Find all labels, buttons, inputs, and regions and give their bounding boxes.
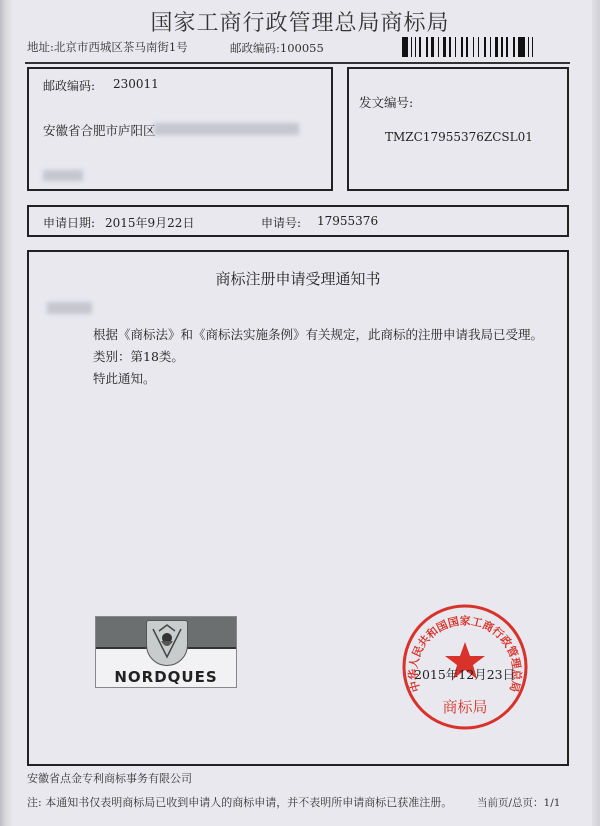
application-number-label: 申请号:: [261, 214, 301, 231]
redacted-address: [154, 123, 299, 135]
shield-emblem-icon: [146, 620, 188, 666]
document-number-box: 发文编号: TMZC17955376ZCSL01: [347, 67, 569, 191]
barcode-icon: [402, 37, 570, 57]
page-indicator: 当前页/总页：1/1: [477, 795, 560, 810]
application-date-value: 2015年9月22日: [105, 214, 194, 231]
header-rule: [25, 62, 570, 64]
document-number-label: 发文编号:: [359, 93, 413, 111]
redacted-addressee: [47, 302, 92, 314]
notice-title: 商标注册申请受理通知书: [29, 268, 567, 289]
application-number-value: 17955376: [317, 214, 378, 228]
recipient-zip-value: 230011: [113, 77, 159, 91]
document-number-value: TMZC17955376ZCSL01: [385, 130, 533, 144]
trademark-word: NORDQUES: [96, 668, 236, 686]
issue-date: 2015年12月23日: [414, 665, 515, 683]
redacted-recipient-name: [43, 170, 83, 181]
trademark-image: NORDQUES: [95, 616, 237, 688]
recipient-address: 安徽省合肥市庐阳区: [43, 121, 156, 139]
recipient-zip-label: 邮政编码:: [43, 77, 95, 94]
footer-note: 注: 本通知书仅表明商标局已收到申请人的商标申请，并不表明所申请商标已获准注册。: [27, 794, 452, 810]
application-date-label: 申请日期:: [43, 214, 95, 231]
issuer-title: 国家工商行政管理总局商标局: [0, 6, 600, 37]
svg-text:商标局: 商标局: [442, 698, 487, 716]
issuer-zip: 邮政编码:100055: [230, 40, 324, 56]
application-info-bar: 申请日期: 2015年9月22日 申请号: 17955376: [27, 205, 569, 237]
recipient-box: 邮政编码: 230011 安徽省合肥市庐阳区: [27, 67, 333, 191]
notice-closing: 特此通知。: [93, 368, 156, 390]
notice-category: 类别：第18类。: [93, 346, 184, 368]
notice-paragraph: 根据《商标法》和《商标法实施条例》有关规定，此商标的注册申请我局已受理。: [93, 324, 543, 346]
issuer-address: 地址:北京市西城区茶马南街1号: [27, 39, 188, 55]
agency-name: 安徽省点金专利商标事务有限公司: [27, 770, 192, 786]
